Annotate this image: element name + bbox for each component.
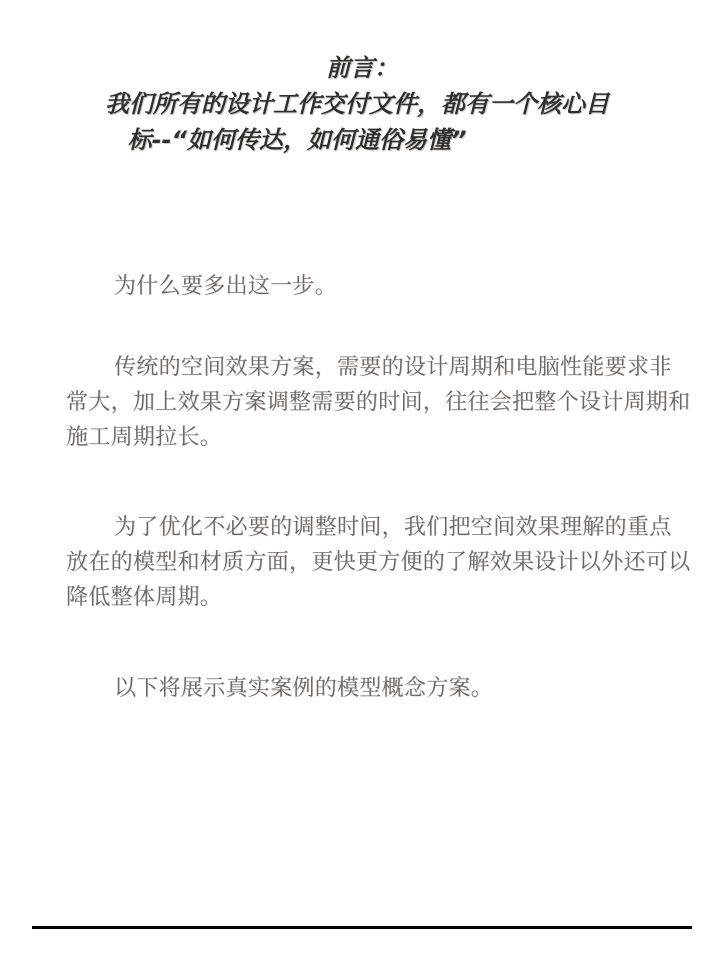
preface-heading: 前言： 我们所有的设计工作交付文件，都有一个核心目 标--“如何传达，如何通俗易…	[0, 50, 724, 158]
preface-subtitle-line-1: 我们所有的设计工作交付文件，都有一个核心目	[0, 86, 724, 122]
paragraph-case-intro: 以下将展示真实案例的模型概念方案。	[66, 671, 692, 706]
preface-subtitle-line-2: 标--“如何传达，如何通俗易懂”	[0, 122, 724, 158]
preface-title: 前言：	[0, 50, 724, 86]
paragraph-optimization: 为了优化不必要的调整时间，我们把空间效果理解的重点放在的模型和材质方面，更快更方…	[66, 510, 692, 615]
paragraph-why-extra-step: 为什么要多出这一步。	[66, 269, 692, 304]
paragraph-traditional-approach: 传统的空间效果方案，需要的设计周期和电脑性能要求非常大，加上效果方案调整需要的时…	[66, 350, 692, 455]
bottom-divider	[32, 926, 692, 929]
